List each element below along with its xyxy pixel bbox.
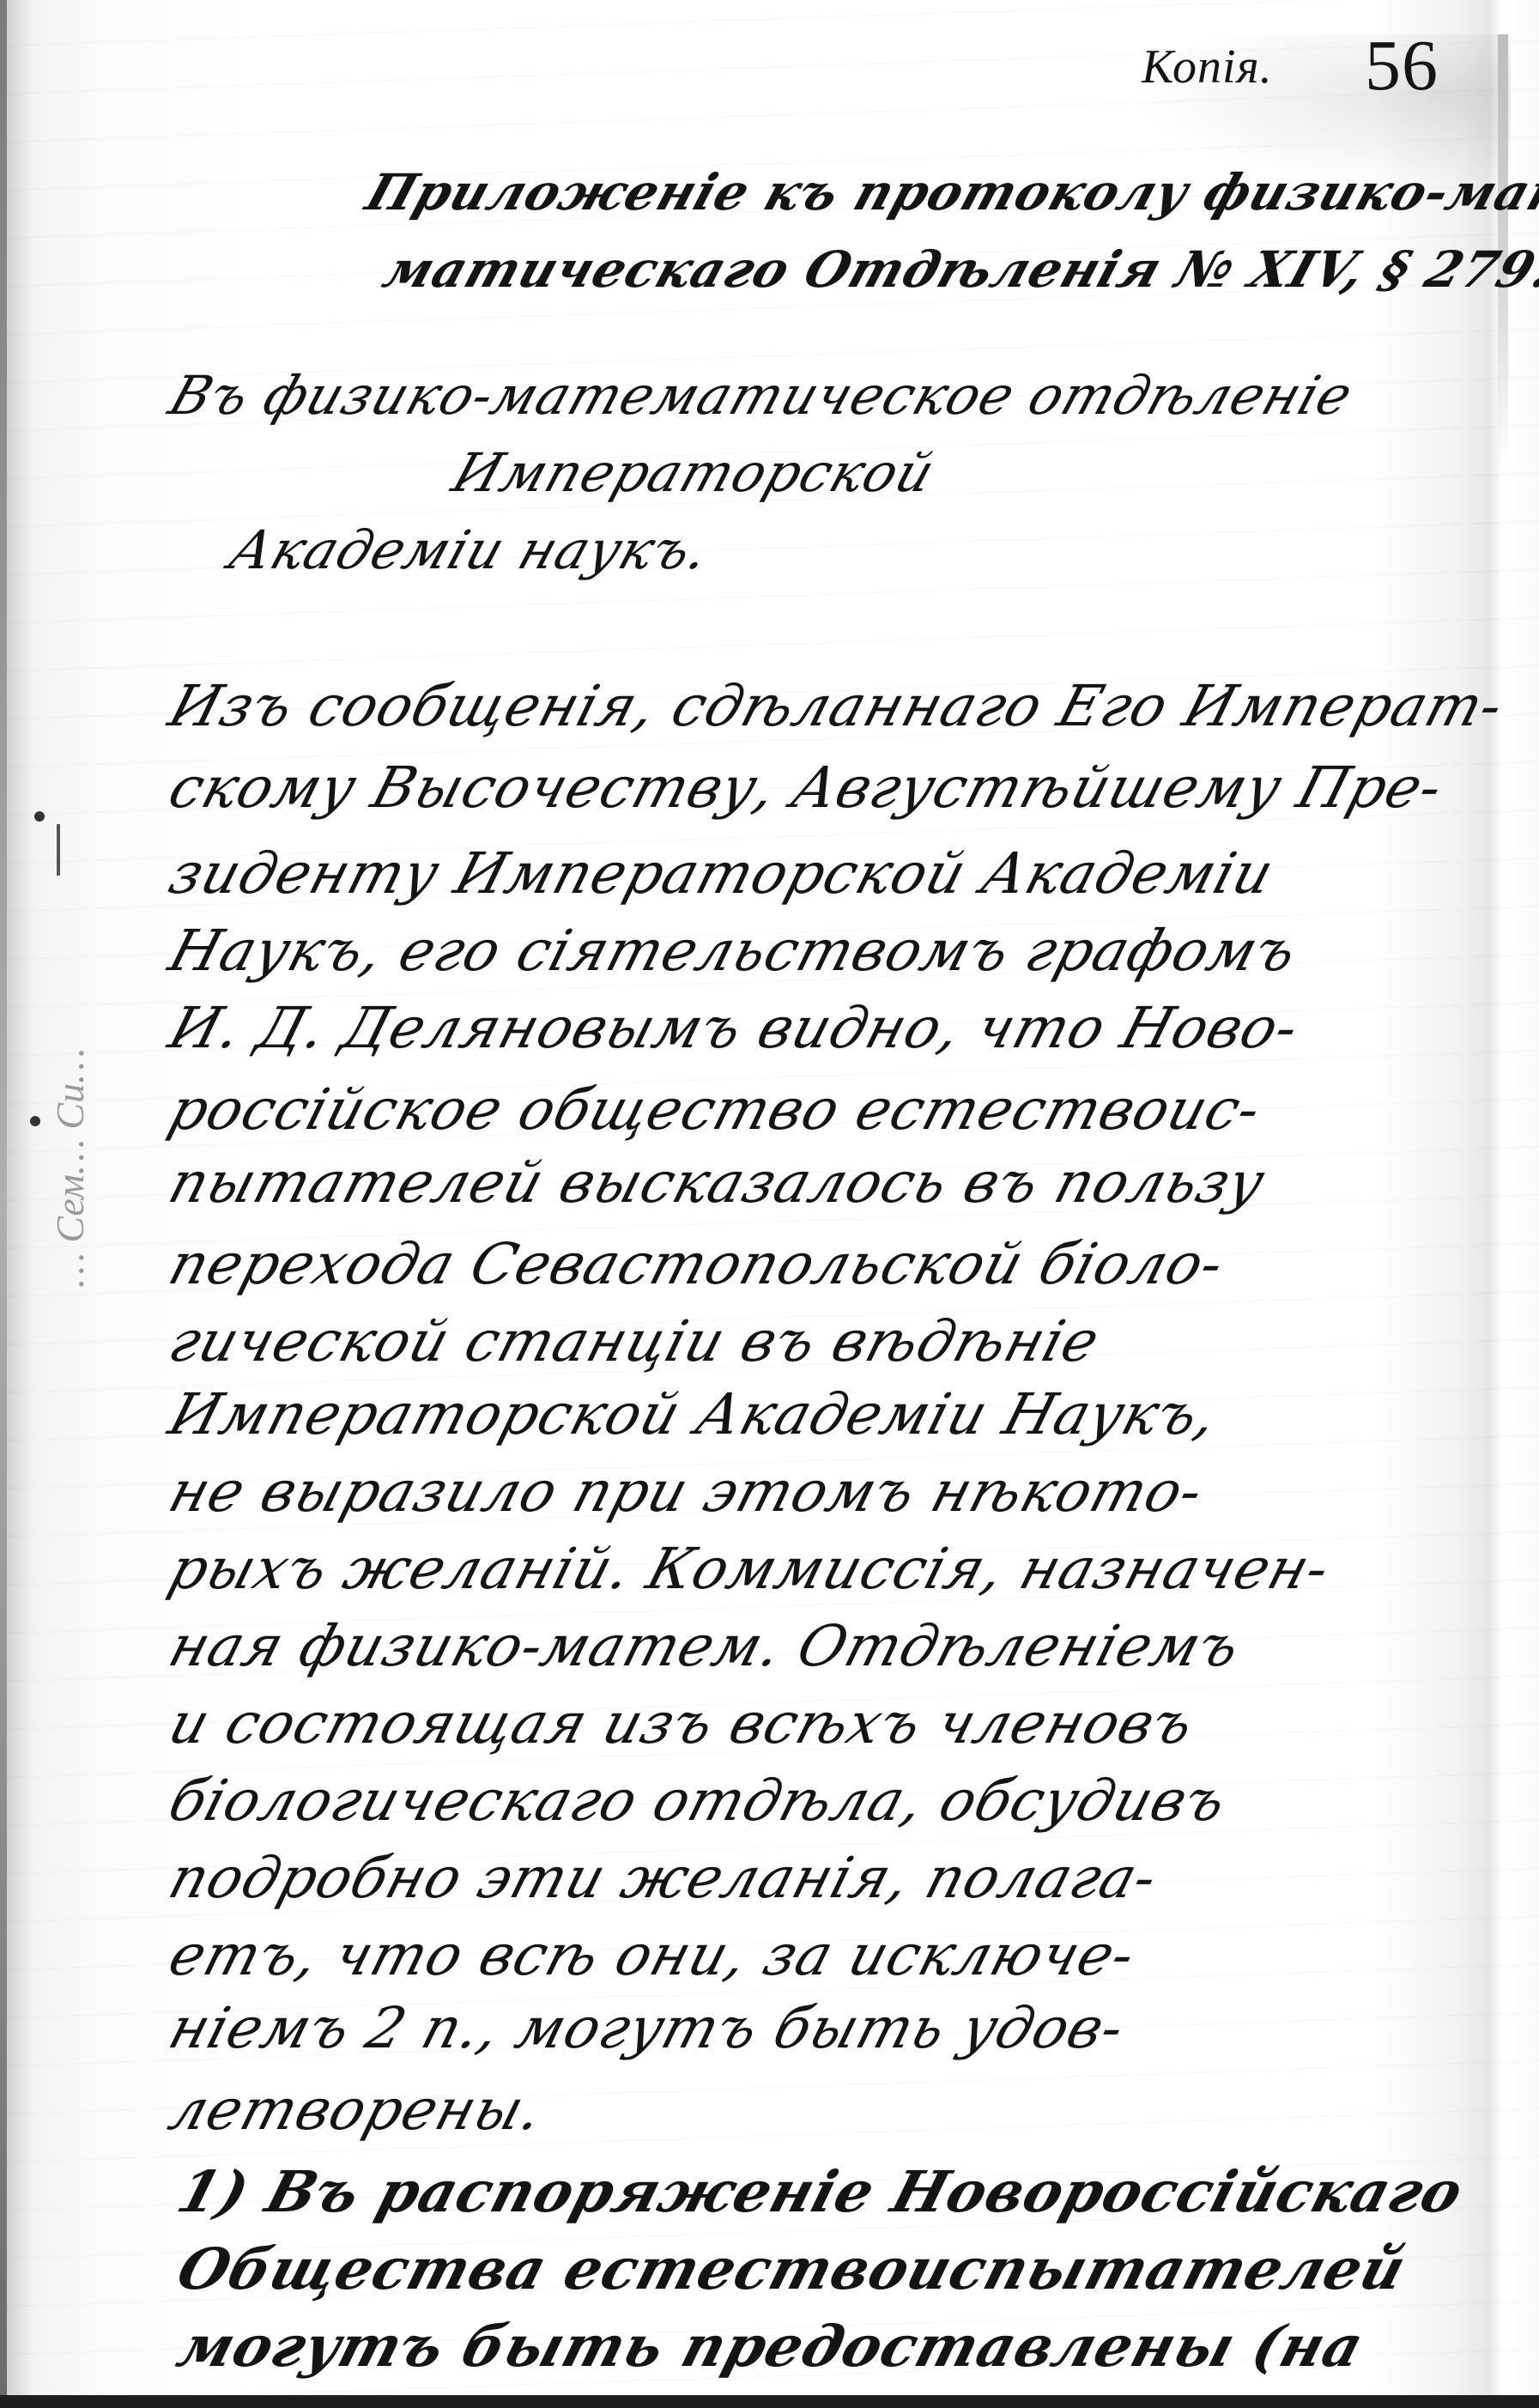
body-line-7: пытателей высказалось въ пользу [163,1155,1271,1211]
manuscript-page: Копія. 56 Приложеніе къ протоколу физико… [0,0,1539,2408]
body-line-19: летворены. [163,2082,549,2138]
body-line-17: етъ, что всѣ они, за исключе- [163,1927,1142,1984]
body-line-15: біологическаго отдѣла, обсудивъ [163,1773,1233,1829]
copy-mark: Копія. [1142,43,1273,91]
margin-ink-dot [30,1116,40,1126]
margin-note: … Сем… Си… [47,1048,93,1288]
body-line-6: россійское общество естествоис- [163,1082,1268,1138]
address-line-1: Въ физико-математическое отдѣленіе [163,369,1360,422]
paper-left-edge [0,0,7,2408]
body-line-18: ніемъ 2 п., могутъ быть удов- [163,2000,1130,2057]
body-line-9: гической станціи въ вѣдѣніе [163,1313,1106,1370]
paper-bottom-edge [0,2395,1539,2408]
annex-heading-line-2: матическаго Отдѣленія № XIV, § 279. [378,245,1539,294]
body-line-8: перехода Севастопольской біоло- [163,1236,1231,1293]
body-line-16: подробно эти желанія, полага- [163,1850,1164,1907]
body-line-11: не выразило при этомъ нѣкото- [163,1464,1209,1520]
annex-heading-line-1: Приложеніе къ протоколу физико-мате- [361,167,1539,217]
page-number: 56 [1365,30,1439,102]
list-item-1-line-3: могутъ быть предоставлены (на [172,2318,1370,2375]
body-line-4: Наукъ, его сіятельствомъ графомъ [163,923,1303,980]
body-line-5: И. Д. Деляновымъ видно, что Ново- [163,1000,1306,1057]
body-line-1: Изъ сообщенія, сдѣланнаго Его Императ- [163,678,1510,735]
margin-tick-mark [57,824,60,876]
address-line-2: Императорской [446,446,942,500]
body-line-2: скому Высочеству, Августѣйшему Пре- [163,760,1449,816]
body-line-12: рыхъ желаній. Коммиссія, назначен- [163,1541,1336,1598]
list-item-1-line-2: Общества естествоиспытателей [172,2241,1412,2297]
body-line-13: ная физико-матем. Отдѣленіемъ [163,1618,1246,1675]
list-item-1-line-1: 1) Въ распоряженіе Новороссійскаго [172,2163,1469,2220]
address-line-3: Академіи наукъ. [223,524,717,577]
body-line-3: зиденту Императорской Академіи [163,846,1280,902]
margin-ink-dot [34,811,45,822]
body-line-10: Императорской Академіи Наукъ, [163,1386,1224,1443]
body-line-14: и состоящая изъ всѣхъ членовъ [163,1695,1200,1752]
